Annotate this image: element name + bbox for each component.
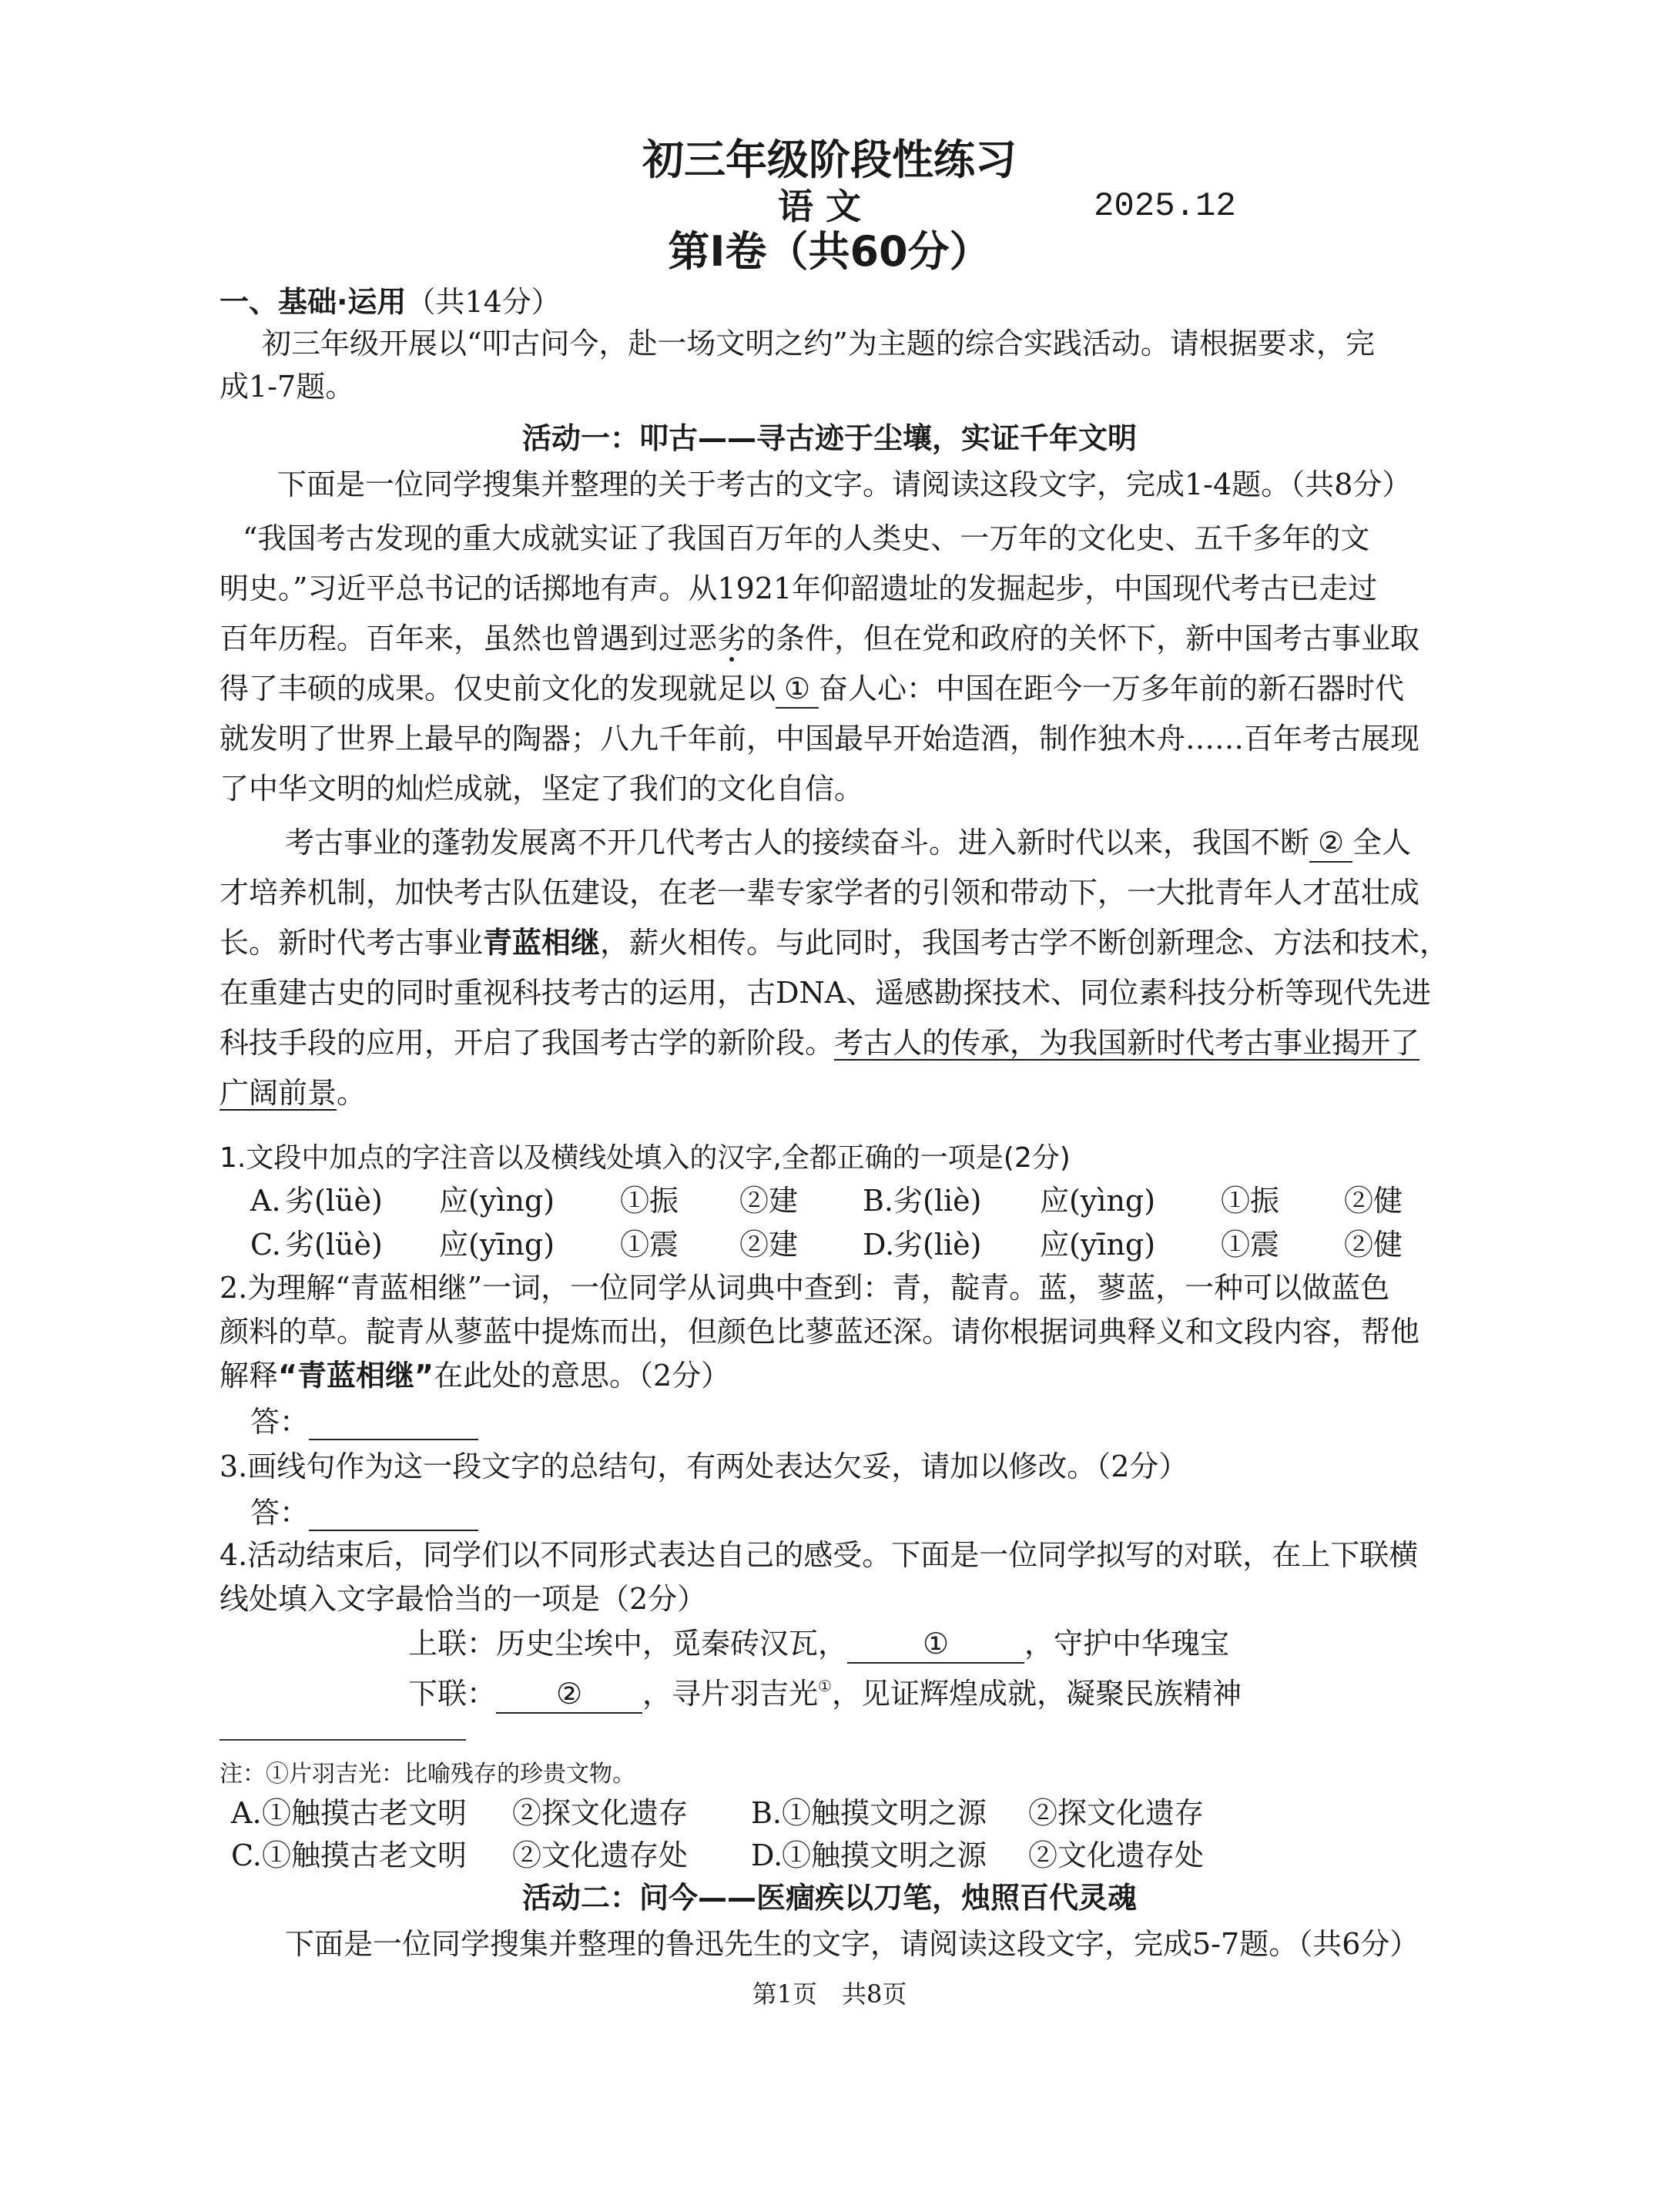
q3-answer: 答： <box>250 1494 478 1531</box>
passage-text: 的条件，但在党和政府的关怀下，新中国考古事业取 <box>746 622 1419 655</box>
q2-text: 解释 <box>220 1359 278 1393</box>
option-part: ①触摸文明之源 <box>782 1795 987 1832</box>
footnote-marker: ① <box>818 1677 832 1695</box>
passage-line-4: 得了丰硕的成果。仅史前文化的发现就足以①奋人心：中国在距今一万多年前的新石器时代 <box>220 670 1404 709</box>
bold-term: 青蓝相继 <box>483 926 600 960</box>
option-part: 劣(lüè) <box>285 1182 383 1219</box>
option-part: 应(yīng) <box>439 1226 555 1263</box>
q4-line-2: 线处填入文字最恰当的一项是（2分） <box>220 1580 706 1617</box>
option-part: 劣(liè) <box>893 1182 981 1219</box>
passage-line-5: 就发明了世界上最早的陶器；八九千年前，中国最早开始造酒，制作独木舟……百年考古展… <box>220 720 1419 757</box>
footnote-rule <box>220 1739 466 1741</box>
bold-term: “青蓝相继” <box>278 1359 434 1393</box>
couplet-text: 下联： <box>408 1677 496 1711</box>
activity2-instruction: 下面是一位同学搜集并整理的鲁迅先生的文字，请阅读这段文字，完成5-7题。（共6分… <box>285 1925 1419 1962</box>
activity1-instruction: 下面是一位同学搜集并整理的关于考古的文字。请阅读这段文字，完成1-4题。（共8分… <box>277 466 1411 503</box>
passage-line-2: 明史。”习近平总书记的话掷地有声。从1921年仰韶遗址的发掘起步，中国现代考古已… <box>220 570 1377 607</box>
option-label: D. <box>863 1226 894 1263</box>
passage-text: 全人 <box>1352 826 1411 860</box>
passage-line-10: 在重建古史的同时重视科技考古的运用，古DNA、遥感勘探技术、同位素科技分析等现代… <box>220 974 1431 1011</box>
underlined-sentence: 考古人的传承，为我国新时代考古事业揭开了 <box>834 1026 1419 1060</box>
couplet-upper: 上联：历史尘埃中，觅秦砖汉瓦，①，守护中华瑰宝 <box>408 1625 1229 1664</box>
underlined-sentence: 广阔前景 <box>220 1076 337 1110</box>
q2-line-2: 颜料的草。靛青从蓼蓝中提炼而出，但颜色比蓼蓝还深。请你根据词典释义和文段内容，帮… <box>220 1313 1419 1350</box>
couplet-text: ，寻片羽吉光 <box>642 1677 818 1711</box>
option-part: ①触摸文明之源 <box>782 1837 987 1874</box>
passage-line-3: 百年历程。百年来，虽然也曾遇到过恶劣的条件，但在党和政府的关怀下，新中国考古事业… <box>220 620 1419 657</box>
q2-line-1: 2.为理解“青蓝相继”一词，一位同学从词典中查到：青，靛青。蓝，蓼蓝，一种可以做… <box>220 1269 1389 1306</box>
q3-answer-field[interactable] <box>309 1502 478 1531</box>
section-title: 一、基础·运用 <box>220 285 406 319</box>
passage-text: ，薪火相传。与此同时，我国考古学不断创新理念、方法和技术， <box>600 926 1449 960</box>
intro-line-1: 初三年级开展以“叩古问今，赴一场文明之约”为主题的综合实践活动。请根据要求，完 <box>262 325 1375 362</box>
option-part: ②健 <box>1344 1226 1403 1263</box>
q2-answer-field[interactable] <box>309 1411 478 1440</box>
blank-2[interactable]: ② <box>1309 824 1352 863</box>
option-part: 劣(liè) <box>893 1226 981 1263</box>
passage-text: 科技手段的应用，开启了我国考古学的新阶段。 <box>220 1026 834 1060</box>
couplet-lower: 下联：②，寻片羽吉光①，见证辉煌成就，凝聚民族精神 <box>408 1667 1242 1714</box>
couplet-text: ，守护中华瑰宝 <box>1024 1627 1229 1661</box>
option-part: 应(yīng) <box>1040 1226 1155 1263</box>
option-part: ②建 <box>739 1182 798 1219</box>
passage-line-1: “我国考古发现的重大成就实证了我国百万年的人类史、一万年的文化史、五千多年的文 <box>243 520 1369 557</box>
option-part: ①震 <box>1221 1226 1279 1263</box>
passage-text: 长。新时代考古事业 <box>220 926 483 960</box>
passage-text: 得了丰硕的成果。仅史前文化的发现就足以 <box>220 672 776 705</box>
option-label: C. <box>231 1837 262 1874</box>
option-part: ②建 <box>739 1226 798 1263</box>
exam-date: 2025.12 <box>1094 185 1236 228</box>
q2-text: 在此处的意思。（2分） <box>434 1359 730 1393</box>
dotted-char: 劣 <box>717 622 746 655</box>
option-part: ①振 <box>620 1182 679 1219</box>
option-part: ①触摸古老文明 <box>262 1837 467 1874</box>
subject-label: 语 文 <box>778 185 861 228</box>
option-label: B. <box>751 1795 782 1832</box>
intro-line-2: 成1-7题。 <box>220 368 354 405</box>
option-part: ②文化遗存处 <box>512 1837 688 1874</box>
passage-text: 。 <box>337 1076 366 1110</box>
option-part: ①触摸古老文明 <box>262 1795 467 1832</box>
couplet-blank-1[interactable]: ① <box>847 1625 1024 1664</box>
option-part: ①震 <box>620 1226 679 1263</box>
option-part: ②健 <box>1344 1182 1403 1219</box>
q2-answer: 答： <box>250 1403 478 1440</box>
passage-line-6: 了中华文明的灿烂成就，坚定了我们的文化自信。 <box>220 770 863 807</box>
passage-line-8: 才培养机制，加快考古队伍建设，在老一辈专家学者的引领和带动下，一大批青年人才茁壮… <box>220 874 1419 911</box>
option-label: C. <box>250 1226 281 1263</box>
passage-line-11: 科技手段的应用，开启了我国考古学的新阶段。考古人的传承，为我国新时代考古事业揭开… <box>220 1024 1419 1061</box>
q3-stem: 3.画线句作为这一段文字的总结句，有两处表达欠妥，请加以修改。（2分） <box>220 1448 1188 1485</box>
option-label: D. <box>751 1837 783 1874</box>
couplet-blank-2[interactable]: ② <box>496 1675 642 1714</box>
page-number: 第1页 共8页 <box>0 1976 1659 2013</box>
passage-text: 奋人心：中国在距今一万多年前的新石器时代 <box>819 672 1404 705</box>
q1-stem: 1.文段中加点的字注音以及横线处填入的汉字,全都正确的一项是(2分) <box>220 1140 1071 1177</box>
exam-title: 初三年级阶段性练习 <box>0 137 1659 183</box>
footnote: 注：①片羽吉光：比喻残存的珍贵文物。 <box>220 1756 635 1793</box>
option-label: B. <box>863 1182 893 1219</box>
option-part: ①振 <box>1221 1182 1279 1219</box>
part-heading: 第Ⅰ卷（共60分） <box>0 228 1659 276</box>
option-part: ②探文化遗存 <box>512 1795 688 1832</box>
option-part: 应(yìng) <box>1040 1182 1155 1219</box>
option-label: A. <box>231 1795 262 1832</box>
passage-line-9: 长。新时代考古事业青蓝相继，薪火相传。与此同时，我国考古学不断创新理念、方法和技… <box>220 924 1449 961</box>
passage-line-12: 广阔前景。 <box>220 1074 366 1111</box>
option-part: ②探文化遗存 <box>1028 1795 1204 1832</box>
couplet-text: ，见证辉煌成就，凝聚民族精神 <box>832 1677 1242 1711</box>
couplet-text: 上联：历史尘埃中，觅秦砖汉瓦， <box>408 1627 847 1661</box>
activity2-heading: 活动二：问今——医痼疾以刀笔，烛照百代灵魂 <box>0 1879 1659 1916</box>
section-score: （共14分） <box>406 285 560 319</box>
passage-text: 百年历程。百年来，虽然也曾遇到过恶 <box>220 622 717 655</box>
option-label: A. <box>250 1182 281 1219</box>
answer-label: 答： <box>250 1496 309 1530</box>
answer-label: 答： <box>250 1405 309 1439</box>
section-heading: 一、基础·运用（共14分） <box>220 283 561 320</box>
option-part: 劣(lüè) <box>285 1226 383 1263</box>
option-part: 应(yìng) <box>439 1182 555 1219</box>
passage-text: 考古事业的蓬勃发展离不开几代考古人的接续奋斗。进入新时代以来，我国不断 <box>285 826 1309 860</box>
passage-line-7: 考古事业的蓬勃发展离不开几代考古人的接续奋斗。进入新时代以来，我国不断②全人 <box>285 824 1411 863</box>
q4-line-1: 4.活动结束后，同学们以不同形式表达自己的感受。下面是一位同学拟写的对联，在上下… <box>220 1537 1418 1574</box>
blank-1[interactable]: ① <box>776 670 819 709</box>
activity1-heading: 活动一：叩古——寻古迹于尘壤，实证千年文明 <box>0 420 1659 457</box>
option-part: ②文化遗存处 <box>1028 1837 1204 1874</box>
q2-line-3: 解释“青蓝相继”在此处的意思。（2分） <box>220 1357 730 1394</box>
